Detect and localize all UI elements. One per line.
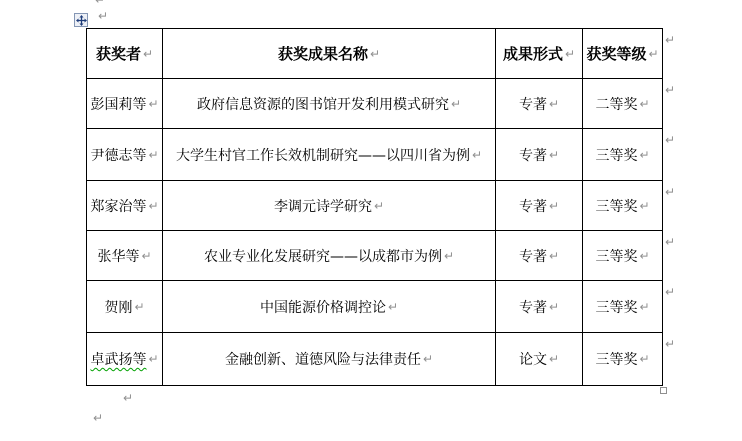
cell-level[interactable]: 三等奖↵ — [583, 231, 663, 281]
cell-level[interactable]: 二等奖↵ — [583, 79, 663, 129]
end-of-cell-mark-icon: ↵ — [639, 148, 649, 162]
cell-winner[interactable]: 张华等↵ — [87, 231, 163, 281]
cell-title[interactable]: 李调元诗学研究↵ — [163, 181, 496, 231]
cell-winner[interactable]: 卓武扬等↵ — [87, 333, 163, 386]
column-header-level[interactable]: 获奖等级↵ — [583, 29, 663, 79]
end-of-cell-mark-icon: ↵ — [472, 148, 482, 162]
cell-title[interactable]: 农业专业化发展研究——以成都市为例↵ — [163, 231, 496, 281]
cell-form[interactable]: 专著↵ — [496, 281, 583, 333]
title-text: 中国能源价格调控论 — [260, 300, 386, 316]
end-of-cell-mark-icon: ↵ — [370, 47, 380, 61]
cell-form[interactable]: 专著↵ — [496, 129, 583, 181]
table-row: 彭国莉等↵ 政府信息资源的图书馆开发利用模式研究↵ 专著↵ 二等奖↵ — [87, 79, 663, 129]
form-text: 专著 — [519, 249, 547, 265]
end-of-cell-mark-icon: ↵ — [549, 148, 559, 162]
form-text: 专著 — [519, 148, 547, 164]
end-of-cell-mark-icon: ↵ — [549, 300, 559, 314]
level-text: 三等奖 — [595, 300, 637, 316]
column-header-title[interactable]: 获奖成果名称↵ — [163, 29, 496, 79]
header-label: 成果形式 — [503, 45, 563, 63]
end-of-cell-mark-icon: ↵ — [444, 249, 454, 263]
document-page: ↵ ↵ 获奖者↵ 获奖成果名称↵ 成果形式↵ 获奖等级↵ 彭国莉等↵ 政府信息资… — [0, 0, 742, 441]
end-of-cell-mark-icon: ↵ — [374, 199, 384, 213]
title-text: 李调元诗学研究 — [274, 199, 372, 215]
end-of-row-mark: ↵ — [665, 185, 675, 199]
cell-form[interactable]: 专著↵ — [496, 231, 583, 281]
winner-text: 郑家治等 — [90, 199, 146, 215]
table-row: 贺刚↵ 中国能源价格调控论↵ 专著↵ 三等奖↵ — [87, 281, 663, 333]
table-row: 郑家治等↵ 李调元诗学研究↵ 专著↵ 三等奖↵ — [87, 181, 663, 231]
end-of-row-mark: ↵ — [665, 133, 675, 147]
winner-text: 张华等 — [97, 249, 139, 265]
level-text: 二等奖 — [595, 97, 637, 113]
end-of-row-mark: ↵ — [665, 285, 675, 299]
end-of-cell-mark-icon: ↵ — [148, 199, 158, 213]
table-row: 卓武扬等↵ 金融创新、道德风险与法律责任↵ 论文↵ 三等奖↵ — [87, 333, 663, 386]
title-text: 大学生村官工作长效机制研究——以四川省为例 — [176, 148, 470, 164]
level-text: 三等奖 — [595, 148, 637, 164]
cell-level[interactable]: 三等奖↵ — [583, 281, 663, 333]
end-of-cell-mark-icon: ↵ — [148, 352, 158, 366]
cell-level[interactable]: 三等奖↵ — [583, 333, 663, 386]
end-of-cell-mark-icon: ↵ — [639, 249, 649, 263]
table-header-row: 获奖者↵ 获奖成果名称↵ 成果形式↵ 获奖等级↵ — [87, 29, 663, 79]
end-of-cell-mark-icon: ↵ — [549, 249, 559, 263]
end-of-row-mark: ↵ — [665, 33, 675, 47]
end-of-cell-mark-icon: ↵ — [451, 97, 461, 111]
end-of-cell-mark-icon: ↵ — [148, 97, 158, 111]
paragraph-mark: ↵ — [95, 0, 105, 7]
form-text: 论文 — [519, 352, 547, 368]
cell-form[interactable]: 专著↵ — [496, 79, 583, 129]
end-of-cell-mark-icon: ↵ — [639, 199, 649, 213]
end-of-cell-mark-icon: ↵ — [648, 47, 658, 61]
title-text: 政府信息资源的图书馆开发利用模式研究 — [197, 97, 449, 113]
end-of-cell-mark-icon: ↵ — [134, 300, 144, 314]
cell-winner[interactable]: 尹德志等↵ — [87, 129, 163, 181]
cell-form[interactable]: 专著↵ — [496, 181, 583, 231]
level-text: 三等奖 — [595, 249, 637, 265]
winner-text: 彭国莉等 — [90, 97, 146, 113]
header-label: 获奖等级 — [586, 45, 646, 63]
cell-title[interactable]: 金融创新、道德风险与法律责任↵ — [163, 333, 496, 386]
awards-table: 获奖者↵ 获奖成果名称↵ 成果形式↵ 获奖等级↵ 彭国莉等↵ 政府信息资源的图书… — [86, 28, 663, 386]
winner-text: 贺刚 — [104, 300, 132, 316]
table-resize-handle[interactable] — [660, 387, 667, 394]
cell-winner[interactable]: 郑家治等↵ — [87, 181, 163, 231]
title-text: 金融创新、道德风险与法律责任 — [225, 352, 421, 368]
paragraph-mark: ↵ — [93, 411, 103, 425]
end-of-cell-mark-icon: ↵ — [639, 97, 649, 111]
cell-form[interactable]: 论文↵ — [496, 333, 583, 386]
cell-level[interactable]: 三等奖↵ — [583, 181, 663, 231]
table-row: 尹德志等↵ 大学生村官工作长效机制研究——以四川省为例↵ 专著↵ 三等奖↵ — [87, 129, 663, 181]
level-text: 三等奖 — [595, 199, 637, 215]
cell-title[interactable]: 中国能源价格调控论↵ — [163, 281, 496, 333]
end-of-cell-mark-icon: ↵ — [148, 148, 158, 162]
form-text: 专著 — [519, 199, 547, 215]
title-text: 农业专业化发展研究——以成都市为例 — [204, 249, 442, 265]
end-of-cell-mark-icon: ↵ — [549, 97, 559, 111]
paragraph-mark: ↵ — [123, 391, 133, 405]
end-of-cell-mark-icon: ↵ — [565, 47, 575, 61]
form-text: 专著 — [519, 300, 547, 316]
cell-level[interactable]: 三等奖↵ — [583, 129, 663, 181]
level-text: 三等奖 — [595, 352, 637, 368]
end-of-row-mark: ↵ — [665, 83, 675, 97]
end-of-cell-mark-icon: ↵ — [639, 352, 649, 366]
end-of-cell-mark-icon: ↵ — [549, 199, 559, 213]
move-icon — [76, 15, 87, 26]
end-of-cell-mark-icon: ↵ — [423, 352, 433, 366]
header-label: 获奖成果名称 — [278, 45, 368, 63]
end-of-cell-mark-icon: ↵ — [388, 300, 398, 314]
winner-text-spellchecked: 卓武扬等 — [90, 352, 146, 368]
table-move-handle[interactable] — [74, 13, 88, 27]
cell-winner[interactable]: 贺刚↵ — [87, 281, 163, 333]
cell-title[interactable]: 大学生村官工作长效机制研究——以四川省为例↵ — [163, 129, 496, 181]
end-of-cell-mark-icon: ↵ — [639, 300, 649, 314]
end-of-row-mark: ↵ — [665, 235, 675, 249]
end-of-cell-mark-icon: ↵ — [141, 249, 151, 263]
column-header-winner[interactable]: 获奖者↵ — [87, 29, 163, 79]
end-of-cell-mark-icon: ↵ — [549, 352, 559, 366]
cell-winner[interactable]: 彭国莉等↵ — [87, 79, 163, 129]
cell-title[interactable]: 政府信息资源的图书馆开发利用模式研究↵ — [163, 79, 496, 129]
form-text: 专著 — [519, 97, 547, 113]
end-of-row-mark: ↵ — [665, 337, 675, 351]
header-label: 获奖者 — [96, 45, 141, 63]
paragraph-mark: ↵ — [98, 9, 108, 23]
winner-text: 尹德志等 — [90, 148, 146, 164]
end-of-cell-mark-icon: ↵ — [143, 47, 153, 61]
column-header-form[interactable]: 成果形式↵ — [496, 29, 583, 79]
table-row: 张华等↵ 农业专业化发展研究——以成都市为例↵ 专著↵ 三等奖↵ — [87, 231, 663, 281]
